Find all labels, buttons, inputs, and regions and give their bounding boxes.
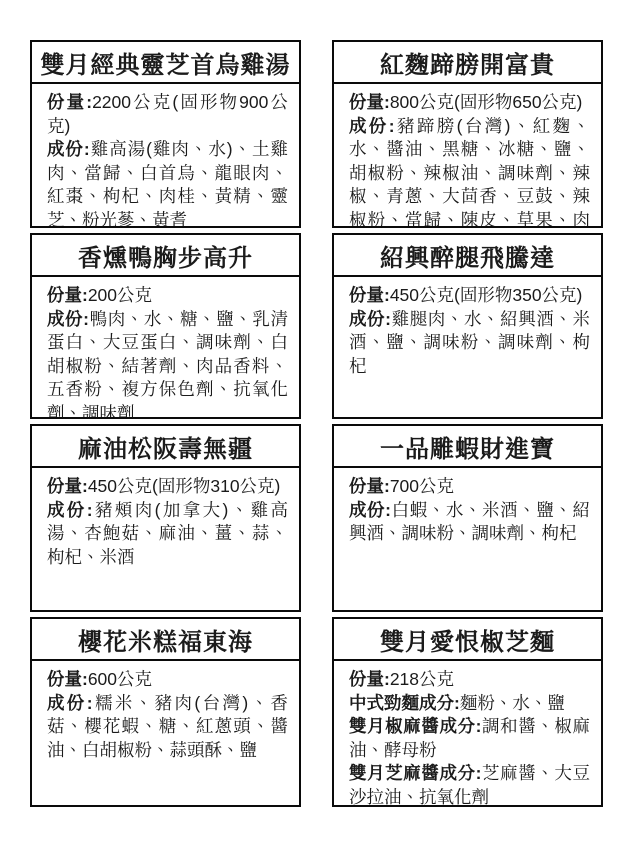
product-details: 份量:700公克 成份:白蝦、水、米酒、鹽、紹興酒、調味粉、調味劑、枸杞 [334, 468, 601, 610]
portion-row: 份量:700公克 [349, 475, 590, 499]
product-details: 份量:450公克(固形物350公克) 成份:雞腿肉、水、紹興酒、米酒、鹽、調味粉… [334, 277, 601, 417]
ingredients-row: 成份:雞高湯(雞肉、水)、土雞肉、當歸、白首烏、龍眼肉、紅棗、枸杞、肉桂、黃精、… [47, 138, 288, 226]
product-details: 份量:450公克(固形物310公克) 成份:豬頰肉(加拿大)、雞高湯、杏鮑菇、麻… [32, 468, 299, 610]
product-title: 麻油松阪壽無疆 [32, 426, 299, 468]
product-card-sakura-shrimp-rice-cake: 櫻花米糕福東海 份量:600公克 成份:糯米、豬肉(台灣)、香菇、櫻花蝦、糖、紅… [30, 617, 301, 807]
portion-row: 份量:218公克 [349, 668, 590, 692]
detail-value: 麵粉、水、鹽 [460, 693, 565, 713]
detail-label: 雙月芝麻醬成分: [349, 763, 481, 783]
detail-label: 成份: [349, 309, 391, 329]
ingredients-row: 成份:豬頰肉(加拿大)、雞高湯、杏鮑菇、麻油、薑、蒜、枸杞、米酒 [47, 499, 288, 570]
portion-row: 份量:600公克 [47, 668, 288, 692]
sesame-sauce-ingredients-row: 雙月芝麻醬成分:芝麻醬、大豆沙拉油、抗氧化劑 [349, 762, 590, 805]
detail-label: 份量: [349, 669, 390, 689]
product-title: 櫻花米糕福東海 [32, 619, 299, 661]
detail-label: 雙月椒麻醬成分: [349, 716, 481, 736]
product-details: 份量:2200公克(固形物900公克) 成份:雞高湯(雞肉、水)、土雞肉、當歸、… [32, 84, 299, 226]
detail-value: 700公克 [390, 476, 454, 496]
detail-label: 份量: [47, 285, 88, 305]
ingredients-row: 成份:豬蹄膀(台灣)、紅麴、水、醬油、黑糖、冰糖、鹽、胡椒粉、辣椒油、調味劑、辣… [349, 115, 590, 227]
product-title: 紹興醉腿飛騰達 [334, 235, 601, 277]
detail-label: 份量: [349, 285, 390, 305]
portion-row: 份量:800公克(固形物650公克) [349, 91, 590, 115]
portion-row: 份量:450公克(固形物310公克) [47, 475, 288, 499]
product-card-sesame-oil-pork-jowl: 麻油松阪壽無疆 份量:450公克(固形物310公克) 成份:豬頰肉(加拿大)、雞… [30, 424, 301, 612]
detail-label: 成份: [47, 139, 90, 159]
ingredients-row: 成份:白蝦、水、米酒、鹽、紹興酒、調味粉、調味劑、枸杞 [349, 499, 590, 546]
product-title: 紅麴蹄膀開富貴 [334, 42, 601, 84]
portion-row: 份量:2200公克(固形物900公克) [47, 91, 288, 138]
detail-label: 成份: [349, 116, 395, 136]
noodle-ingredients-row: 中式勁麵成分:麵粉、水、鹽 [349, 692, 590, 716]
product-card-lingzhi-chicken-soup: 雙月經典靈芝首烏雞湯 份量:2200公克(固形物900公克) 成份:雞高湯(雞肉… [30, 40, 301, 228]
product-card-carved-shrimp: 一品雕蝦財進寶 份量:700公克 成份:白蝦、水、米酒、鹽、紹興酒、調味粉、調味… [332, 424, 603, 612]
detail-value: 600公克 [88, 669, 152, 689]
detail-label: 份量: [47, 476, 88, 496]
portion-row: 份量:200公克 [47, 284, 288, 308]
detail-label: 份量: [47, 92, 92, 112]
ingredients-row: 成份:鴨肉、水、糖、鹽、乳清蛋白、大豆蛋白、調味劑、白胡椒粉、結著劑、肉品香料、… [47, 308, 288, 418]
product-card-smoked-duck-breast: 香燻鴨胸步高升 份量:200公克 成份:鴨肉、水、糖、鹽、乳清蛋白、大豆蛋白、調… [30, 233, 301, 419]
product-details: 份量:218公克 中式勁麵成分:麵粉、水、鹽 雙月椒麻醬成分:調和醬、椒麻油、酵… [334, 661, 601, 805]
product-details: 份量:800公克(固形物650公克) 成份:豬蹄膀(台灣)、紅麴、水、醬油、黑糖… [334, 84, 601, 226]
product-card-red-yeast-pork-knuckle: 紅麴蹄膀開富貴 份量:800公克(固形物650公克) 成份:豬蹄膀(台灣)、紅麴… [332, 40, 603, 228]
detail-label: 成份: [47, 500, 93, 520]
detail-label: 成份: [349, 500, 391, 520]
detail-label: 份量: [349, 476, 390, 496]
detail-label: 成份: [47, 693, 93, 713]
product-card-grid: 雙月經典靈芝首烏雞湯 份量:2200公克(固形物900公克) 成份:雞高湯(雞肉… [30, 40, 603, 807]
detail-value: 800公克(固形物650公克) [390, 92, 583, 112]
product-title: 雙月愛恨椒芝麵 [334, 619, 601, 661]
detail-label: 成份: [47, 309, 89, 329]
detail-value: 218公克 [390, 669, 454, 689]
detail-value: 200公克 [88, 285, 152, 305]
product-card-shaoxing-drunken-chicken-leg: 紹興醉腿飛騰達 份量:450公克(固形物350公克) 成份:雞腿肉、水、紹興酒、… [332, 233, 603, 419]
detail-label: 份量: [47, 669, 88, 689]
pepper-sauce-ingredients-row: 雙月椒麻醬成分:調和醬、椒麻油、酵母粉 [349, 715, 590, 762]
detail-label: 份量: [349, 92, 390, 112]
ingredients-row: 成份:雞腿肉、水、紹興酒、米酒、鹽、調味粉、調味劑、枸杞 [349, 308, 590, 379]
ingredients-row: 成份:糯米、豬肉(台灣)、香菇、櫻花蝦、糖、紅蔥頭、醬油、白胡椒粉、蒜頭酥、鹽 [47, 692, 288, 763]
detail-value: 450公克(固形物350公克) [390, 285, 583, 305]
product-details: 份量:200公克 成份:鴨肉、水、糖、鹽、乳清蛋白、大豆蛋白、調味劑、白胡椒粉、… [32, 277, 299, 417]
product-spec-sheet: 雙月經典靈芝首烏雞湯 份量:2200公克(固形物900公克) 成份:雞高湯(雞肉… [0, 0, 640, 849]
product-details: 份量:600公克 成份:糯米、豬肉(台灣)、香菇、櫻花蝦、糖、紅蔥頭、醬油、白胡… [32, 661, 299, 805]
portion-row: 份量:450公克(固形物350公克) [349, 284, 590, 308]
detail-label: 中式勁麵成分: [349, 693, 460, 713]
detail-value: 450公克(固形物310公克) [88, 476, 281, 496]
product-title: 一品雕蝦財進寶 [334, 426, 601, 468]
product-card-pepper-sesame-noodles: 雙月愛恨椒芝麵 份量:218公克 中式勁麵成分:麵粉、水、鹽 雙月椒麻醬成分:調… [332, 617, 603, 807]
product-title: 香燻鴨胸步高升 [32, 235, 299, 277]
product-title: 雙月經典靈芝首烏雞湯 [32, 42, 299, 84]
